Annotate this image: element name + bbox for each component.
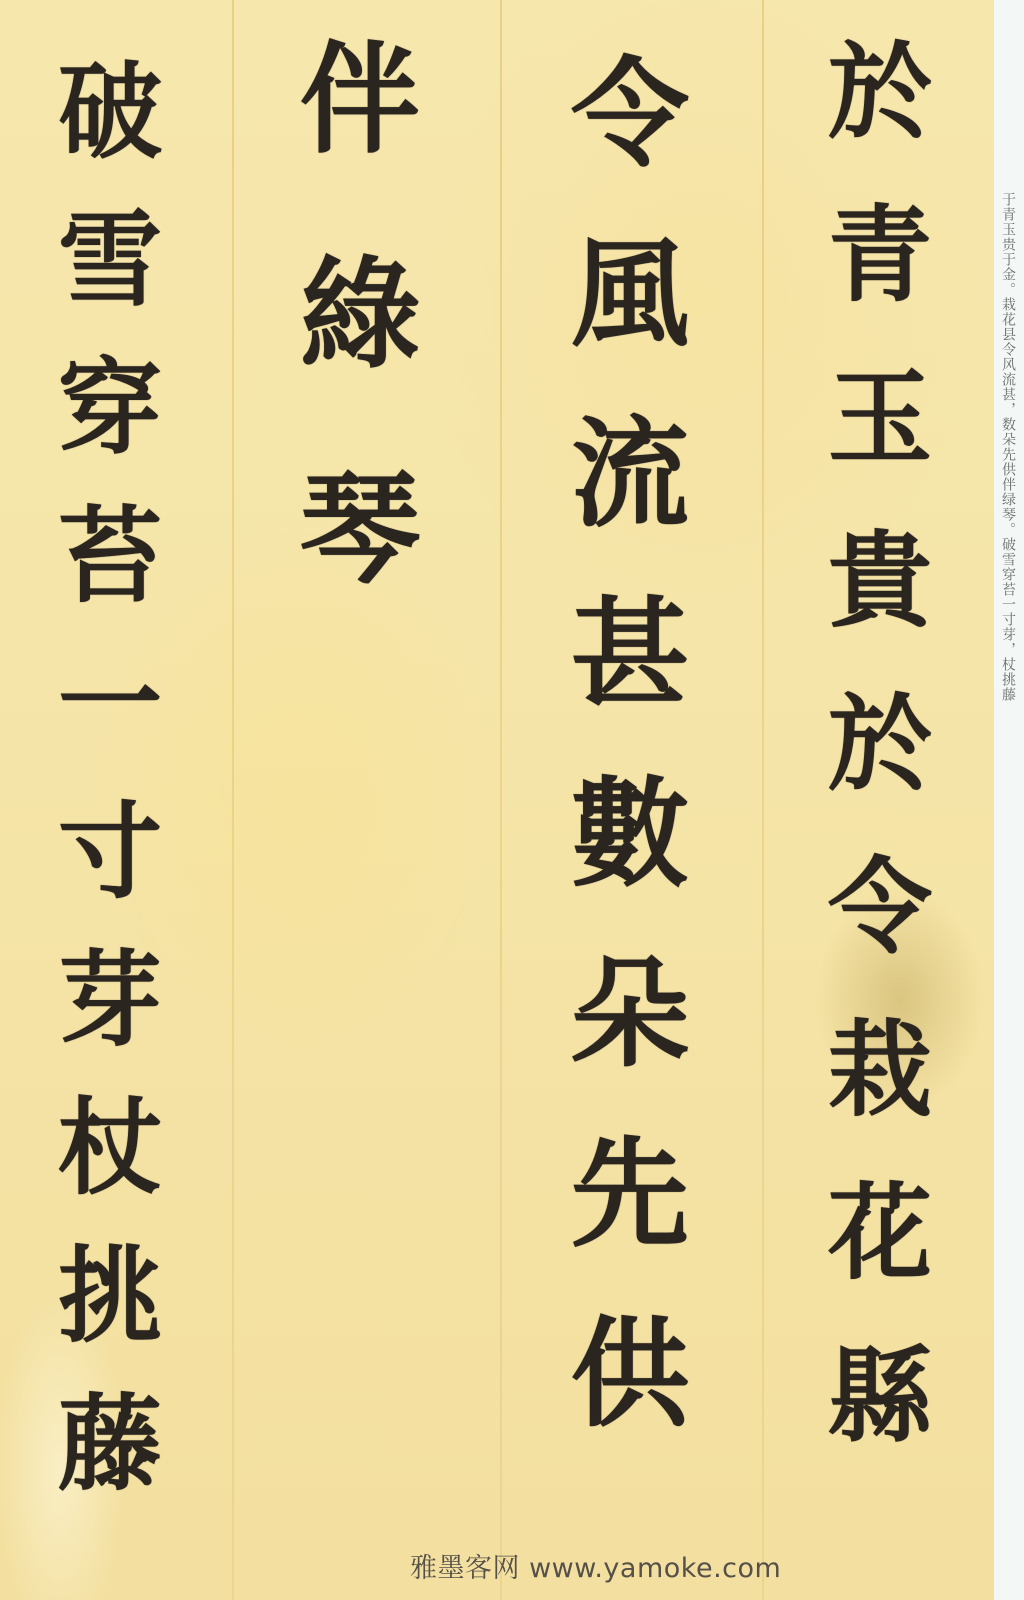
- calligraphy-char: 朵: [571, 955, 689, 1135]
- calligraphy-char: 綠: [300, 255, 420, 470]
- calligraphy-char: 花: [828, 1181, 932, 1344]
- calligraphy-char: 一: [58, 652, 162, 800]
- fold-line: [762, 0, 764, 1600]
- calligraphy-char: 數: [571, 775, 689, 955]
- calligraphy-char: 先: [571, 1135, 689, 1315]
- calligraphy-char: 青: [828, 203, 932, 366]
- calligraphy-char: 栽: [828, 1018, 932, 1181]
- calligraphy-char: 於: [828, 692, 932, 855]
- calligraphy-char: 甚: [571, 595, 689, 775]
- calligraphy-char: 破: [58, 60, 162, 208]
- calligraphy-char: 貴: [828, 529, 932, 692]
- calligraphy-column-4: 破 雪 穿 苔 一 寸 芽 杖 挑 藤: [25, 60, 195, 1540]
- calligraphy-char: 玉: [828, 366, 932, 529]
- calligraphy-char: 供: [571, 1315, 689, 1495]
- calligraphy-char: 苔: [58, 504, 162, 652]
- calligraphy-char: 琴: [300, 470, 420, 685]
- calligraphy-char: 令: [571, 55, 689, 235]
- fold-line: [500, 0, 502, 1600]
- margin-transcription: 于青玉贵于金。栽花县令风流甚，数朵先供伴绿琴。破雪穿苔一寸芽，杖挑藤: [998, 192, 1018, 702]
- calligraphy-column-1: 於 青 玉 貴 於 令 栽 花 縣: [815, 40, 945, 1507]
- site-watermark: 雅墨客网 www.yamoke.com: [410, 1546, 781, 1585]
- calligraphy-char: 杖: [58, 1096, 162, 1244]
- calligraphy-char: 令: [828, 855, 932, 1018]
- calligraphy-char: 穿: [58, 356, 162, 504]
- calligraphy-paper: 於 青 玉 貴 於 令 栽 花 縣 令 風 流 甚 數 朵 先 供 伴 綠 琴 …: [0, 0, 994, 1600]
- calligraphy-column-2: 令 風 流 甚 數 朵 先 供: [545, 55, 715, 1495]
- calligraphy-char: 流: [571, 415, 689, 595]
- calligraphy-char: 風: [571, 235, 689, 415]
- fold-line: [232, 0, 234, 1600]
- calligraphy-char: 挑: [58, 1244, 162, 1392]
- calligraphy-char: 寸: [58, 800, 162, 948]
- calligraphy-char: 芽: [58, 948, 162, 1096]
- calligraphy-char: 雪: [58, 208, 162, 356]
- calligraphy-char: 伴: [300, 40, 420, 255]
- calligraphy-column-3: 伴 綠 琴: [275, 40, 445, 685]
- calligraphy-char: 縣: [828, 1344, 932, 1507]
- calligraphy-char: 藤: [58, 1392, 162, 1540]
- calligraphy-char: 於: [828, 40, 932, 203]
